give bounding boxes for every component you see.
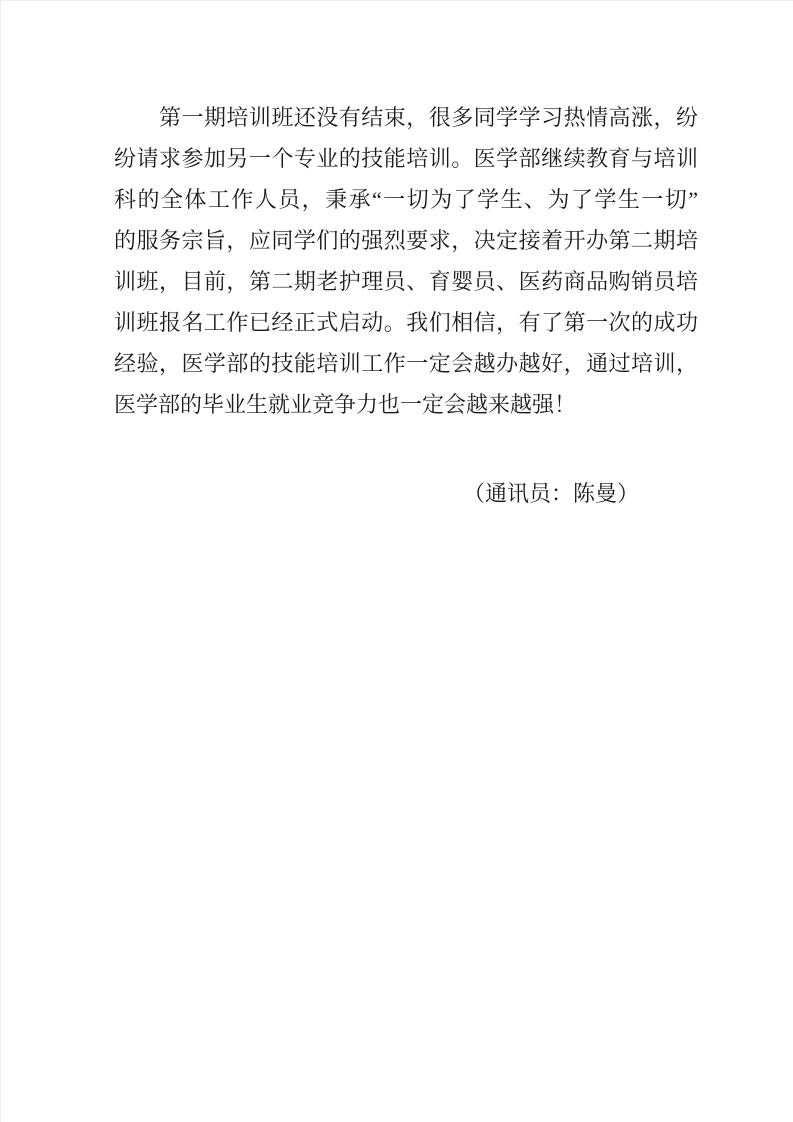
paragraph-line: 训班，目前，第二期老护理员、育婴员、医药商品购销员培 (114, 261, 698, 302)
document-page: 第一期培训班还没有结束，很多同学学习热情高涨，纷 纷请求参加另一个专业的技能培训… (0, 0, 793, 1122)
body-paragraph: 第一期培训班还没有结束，很多同学学习热情高涨，纷 纷请求参加另一个专业的技能培训… (114, 97, 698, 425)
paragraph-line: 第一期培训班还没有结束，很多同学学习热情高涨，纷 (114, 97, 698, 138)
paragraph-line: 纷请求参加另一个专业的技能培训。医学部继续教育与培训 (114, 138, 698, 179)
paragraph-line: 经验，医学部的技能培训工作一定会越办越好，通过培训， (114, 343, 698, 384)
paragraph-line: 的服务宗旨，应同学们的强烈要求，决定接着开办第二期培 (114, 220, 698, 261)
paragraph-line: 医学部的毕业生就业竞争力也一定会越来越强！ (114, 384, 698, 425)
signature-line: （通讯员：陈曼） (463, 473, 639, 514)
paragraph-line: 科的全体工作人员，秉承“一切为了学生、为了学生一切” (114, 179, 698, 220)
paragraph-line: 训班报名工作已经正式启动。我们相信，有了第一次的成功 (114, 302, 698, 343)
